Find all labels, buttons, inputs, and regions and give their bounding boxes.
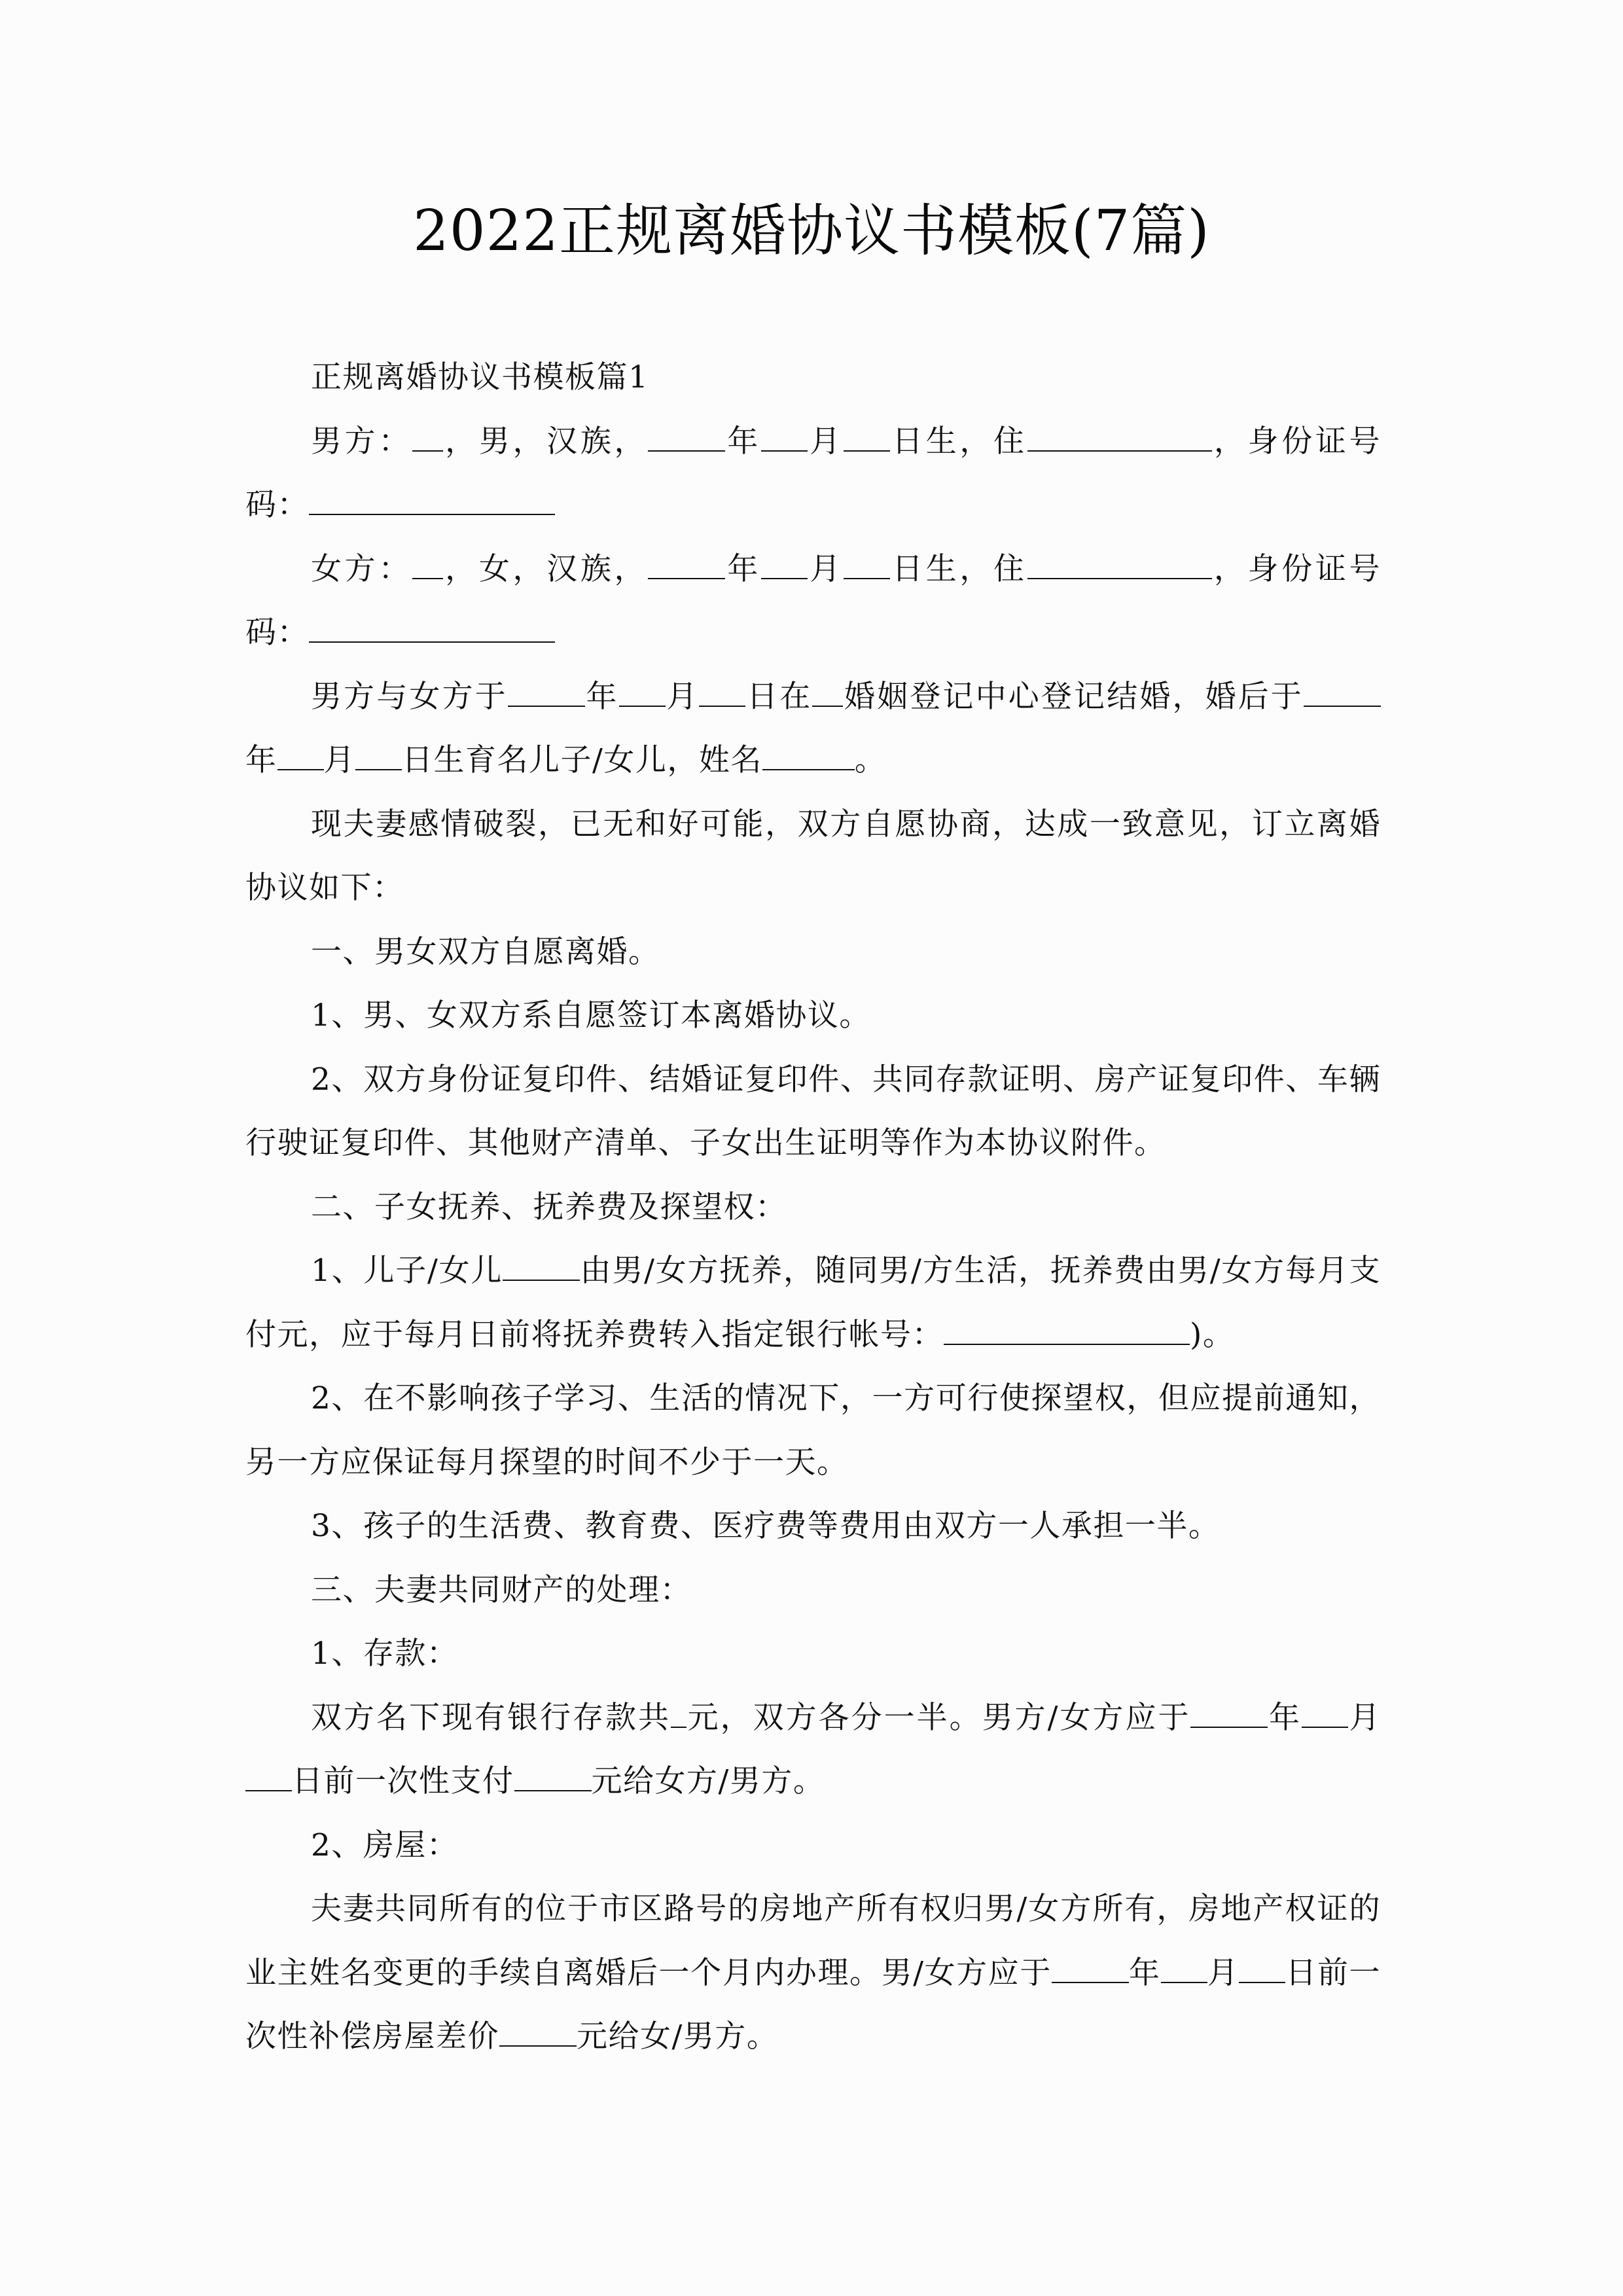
fill-in-blank xyxy=(503,1250,580,1281)
fill-in-blank xyxy=(699,676,745,707)
fill-in-blank xyxy=(245,1761,292,1791)
fill-in-blank xyxy=(412,548,443,579)
fill-in-blank xyxy=(761,548,808,579)
fill-in-blank xyxy=(309,484,555,515)
section-3-item-2-body: 夫妻共同所有的位于市区路号的房地产所有权归男/女方所有，房地产权证的业主姓名变更… xyxy=(245,1877,1381,2069)
fill-in-blank xyxy=(1302,1697,1348,1728)
document-title: 2022正规离婚协议书模板(7篇) xyxy=(0,195,1623,267)
section-3-item-2-heading: 2、房屋： xyxy=(245,1814,1381,1878)
fill-in-blank xyxy=(1304,676,1381,707)
intro-paragraph: 现夫妻感情破裂，已无和好可能，双方自愿协商，达成一致意见，订立离婚协议如下： xyxy=(245,793,1381,920)
fill-in-blank xyxy=(648,548,725,579)
fill-in-blank xyxy=(412,421,443,452)
fill-in-blank xyxy=(1190,1697,1268,1728)
fill-in-blank xyxy=(355,740,402,770)
fill-in-blank xyxy=(761,421,808,452)
fill-in-blank xyxy=(619,676,666,707)
female-party-paragraph: 女方：，女，汉族，年月日生，住，身份证号码： xyxy=(245,537,1381,665)
fill-in-blank xyxy=(844,548,890,579)
section-3-heading: 三、夫妻共同财产的处理： xyxy=(245,1558,1381,1623)
section-3-item-1-heading: 1、存款： xyxy=(245,1622,1381,1686)
document-page: 2022正规离婚协议书模板(7篇) 正规离婚协议书模板篇1 男方：，男，汉族，年… xyxy=(0,0,1623,2296)
male-party-paragraph: 男方：，男，汉族，年月日生，住，身份证号码： xyxy=(245,410,1381,537)
fill-in-blank xyxy=(1027,421,1212,452)
fill-in-blank xyxy=(277,740,324,770)
fill-in-blank xyxy=(1027,548,1212,579)
section-3-item-1-body: 双方名下现有银行存款共元，双方各分一半。男方/女方应于年月日前一次性支付元给女方… xyxy=(245,1686,1381,1814)
section-2-item-1: 1、儿子/女儿由男/女方抚养，随同男/方生活，抚养费由男/女方每月支付元，应于每… xyxy=(245,1239,1381,1367)
section-2-item-3: 3、孩子的生活费、教育费、医疗费等费用由双方一人承担一半。 xyxy=(245,1494,1381,1558)
fill-in-blank xyxy=(1239,1952,1285,1983)
marriage-info-paragraph: 男方与女方于年月日在婚姻登记中心登记结婚，婚后于年月日生育名儿子/女儿，姓名。 xyxy=(245,665,1381,793)
section-1-item-1: 1、男、女双方系自愿签订本离婚协议。 xyxy=(245,984,1381,1048)
fill-in-blank xyxy=(762,740,855,770)
section-2-heading: 二、子女抚养、抚养费及探望权： xyxy=(245,1175,1381,1240)
fill-in-blank xyxy=(508,676,585,707)
fill-in-blank xyxy=(812,676,843,707)
fill-in-blank xyxy=(648,421,725,452)
fill-in-blank xyxy=(499,2016,577,2047)
fill-in-blank xyxy=(944,1314,1190,1345)
fill-in-blank xyxy=(671,1697,687,1728)
fill-in-blank xyxy=(309,612,555,643)
fill-in-blank xyxy=(514,1761,592,1791)
fill-in-blank xyxy=(1052,1952,1129,1983)
document-body: 正规离婚协议书模板篇1 男方：，男，汉族，年月日生，住，身份证号码： 女方：，女… xyxy=(245,346,1381,2069)
section-subtitle: 正规离婚协议书模板篇1 xyxy=(245,346,1381,410)
section-1-item-2: 2、双方身份证复印件、结婚证复印件、共同存款证明、房产证复印件、车辆行驶证复印件… xyxy=(245,1048,1381,1175)
section-2-item-2: 2、在不影响孩子学习、生活的情况下，一方可行使探望权，但应提前通知，另一方应保证… xyxy=(245,1367,1381,1494)
section-1-heading: 一、男女双方自愿离婚。 xyxy=(245,920,1381,984)
fill-in-blank xyxy=(1161,1952,1207,1983)
fill-in-blank xyxy=(844,421,890,452)
